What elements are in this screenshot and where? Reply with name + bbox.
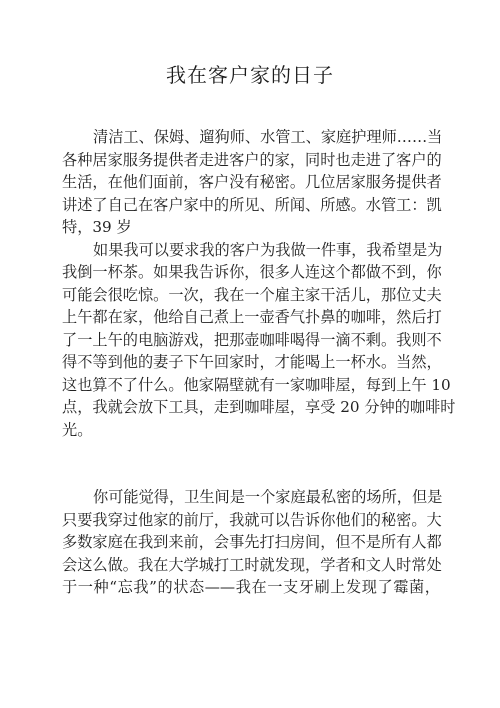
- text-line: 会这么做。我在大学城打工时就发现，学者和文人时常处: [62, 554, 440, 577]
- text-line: 清洁工、保姆、遛狗师、水管工、家庭护理师……当: [62, 126, 440, 149]
- text-line: 讲述了自己在客户家中的所见、所闻、所感。水管工：凯: [62, 194, 440, 217]
- document-page: 我在客户家的日子 清洁工、保姆、遛狗师、水管工、家庭护理师……当 各种居家服务提…: [0, 0, 500, 708]
- document-body: 清洁工、保姆、遛狗师、水管工、家庭护理师……当 各种居家服务提供者走进客户的家，…: [62, 126, 440, 599]
- text-line: 这也算不了什么。他家隔壁就有一家咖啡屋，每到上午 10: [62, 374, 440, 397]
- text-line: 了一上午的电脑游戏，把那壶咖啡喝得一滴不剩。我则不: [62, 329, 440, 352]
- text-line: 你可能觉得，卫生间是一个家庭最私密的场所，但是: [62, 486, 440, 509]
- paragraph-2: 如果我可以要求我的客户为我做一件事，我希望是为 我倒一杯茶。如果我告诉你，很多人…: [62, 239, 440, 442]
- paragraph-1: 清洁工、保姆、遛狗师、水管工、家庭护理师……当 各种居家服务提供者走进客户的家，…: [62, 126, 440, 239]
- text-line: 于一种“忘我”的状态——我在一支牙刷上发现了霉菌，: [62, 576, 440, 599]
- text-line: 点，我就会放下工具，走到咖啡屋，享受 20 分钟的咖啡时: [62, 396, 440, 419]
- text-line: 我倒一杯茶。如果我告诉你，很多人连这个都做不到，你: [62, 261, 440, 284]
- text-line: 多数家庭在我到来前，会事先打扫房间，但不是所有人都: [62, 531, 440, 554]
- document-title: 我在客户家的日子: [0, 61, 500, 89]
- text-line: 生活，在他们面前，客户没有秘密。几位居家服务提供者: [62, 171, 440, 194]
- text-line: 光。: [62, 419, 440, 442]
- paragraph-3: 你可能觉得，卫生间是一个家庭最私密的场所，但是 只要我穿过他家的前厅，我就可以告…: [62, 486, 440, 599]
- text-line: 如果我可以要求我的客户为我做一件事，我希望是为: [62, 239, 440, 262]
- paragraph-spacer: [62, 441, 440, 486]
- text-line: 可能会很吃惊。一次，我在一个雇主家干活儿，那位丈夫: [62, 284, 440, 307]
- text-line: 只要我穿过他家的前厅，我就可以告诉你他们的秘密。大: [62, 509, 440, 532]
- text-line: 上午都在家，他给自己煮上一壶香气扑鼻的咖啡，然后打: [62, 306, 440, 329]
- text-line: 各种居家服务提供者走进客户的家，同时也走进了客户的: [62, 149, 440, 172]
- text-line: 得不等到他的妻子下午回家时，才能喝上一杯水。当然，: [62, 351, 440, 374]
- text-line: 特，39 岁: [62, 216, 440, 239]
